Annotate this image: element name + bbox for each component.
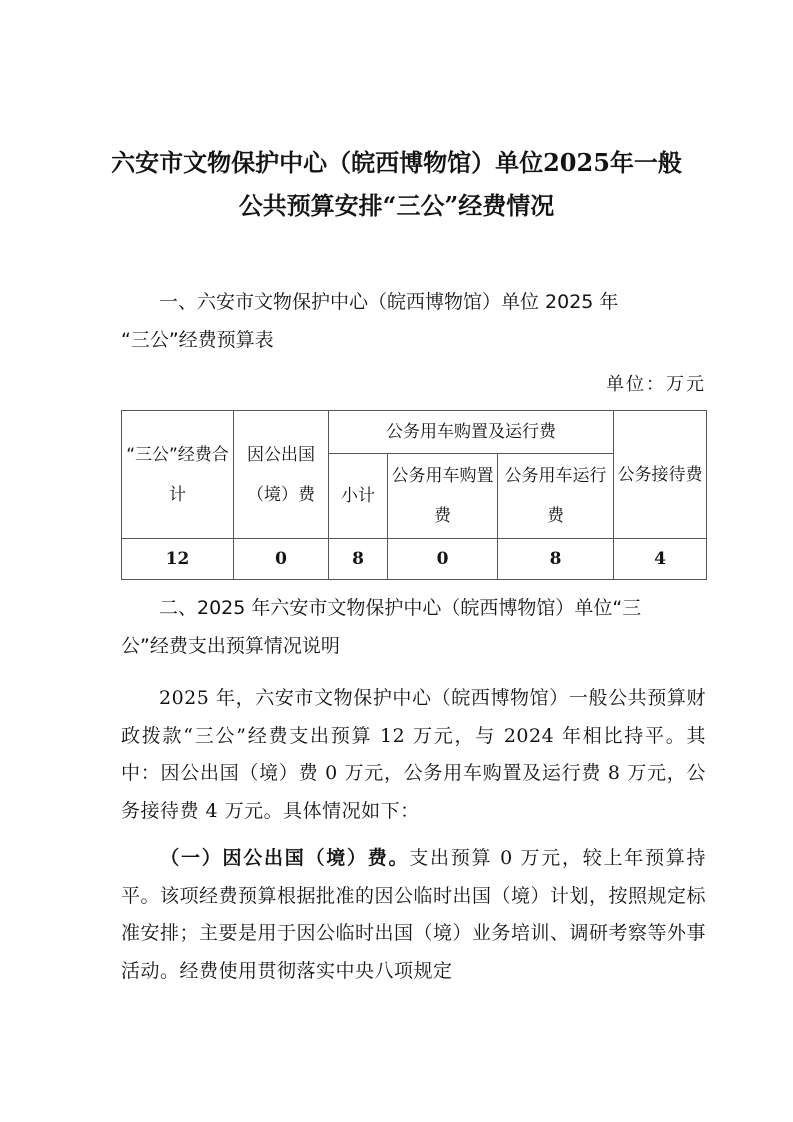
document-page: 六安市文物保护中心（皖西博物馆）单位2025年一般 公共预算安排“三公”经费情况… xyxy=(0,0,793,1122)
header-vehicle-group: 公务用车购置及运行费 xyxy=(329,411,614,454)
overseas-expense-paragraph: （一）因公出国（境）费。支出预算 0 万元，较上年预算持平。该项经费预算根据批准… xyxy=(121,840,706,990)
section-2-heading-line-2: 公”经费支出预算情况说明 xyxy=(121,635,340,657)
document-title-line-1: 六安市文物保护中心（皖西博物馆）单位2025年一般 xyxy=(100,142,693,184)
cell-overseas: 0 xyxy=(234,539,329,580)
cell-vehicle-purchase: 0 xyxy=(388,539,498,580)
header-subtotal: 小计 xyxy=(329,454,388,539)
header-vehicle-operation: 公务用车运行费 xyxy=(498,454,614,539)
section-2-heading: 二、2025 年六安市文物保护中心（皖西博物馆）单位“三公”经费支出预算情况说明 xyxy=(121,589,706,665)
table-header-row-1: “三公”经费合计 因公出国（境）费 公务用车购置及运行费 公务接待费 xyxy=(122,411,707,454)
header-vehicle-purchase: 公务用车购置费 xyxy=(388,454,498,539)
cell-reception: 4 xyxy=(614,539,707,580)
section-1-heading-line-2: “三公”经费预算表 xyxy=(121,329,274,351)
header-total: “三公”经费合计 xyxy=(122,411,234,539)
cell-subtotal: 8 xyxy=(329,539,388,580)
document-title-line-2: 公共预算安排“三公”经费情况 xyxy=(100,185,693,227)
cell-vehicle-operation: 8 xyxy=(498,539,614,580)
header-reception: 公务接待费 xyxy=(614,411,707,539)
cell-total: 12 xyxy=(122,539,234,580)
overseas-expense-lead: （一）因公出国（境）费。 xyxy=(159,847,409,869)
section-2-heading-line-1: 二、2025 年六安市文物保护中心（皖西博物馆）单位“三 xyxy=(159,597,641,619)
section-1-heading-line-1: 一、六安市文物保护中心（皖西博物馆）单位 2025 年 xyxy=(159,291,618,313)
summary-paragraph: 2025 年，六安市文物保护中心（皖西博物馆）一般公共预算财政拨款“三公”经费支… xyxy=(121,680,706,830)
table-row: 12 0 8 0 8 4 xyxy=(122,539,707,580)
unit-label: 单位：万元 xyxy=(606,370,706,396)
header-overseas: 因公出国（境）费 xyxy=(234,411,329,539)
section-1-heading: 一、六安市文物保护中心（皖西博物馆）单位 2025 年“三公”经费预算表 xyxy=(121,283,706,359)
three-public-budget-table: “三公”经费合计 因公出国（境）费 公务用车购置及运行费 公务接待费 小计 公务… xyxy=(121,410,707,580)
